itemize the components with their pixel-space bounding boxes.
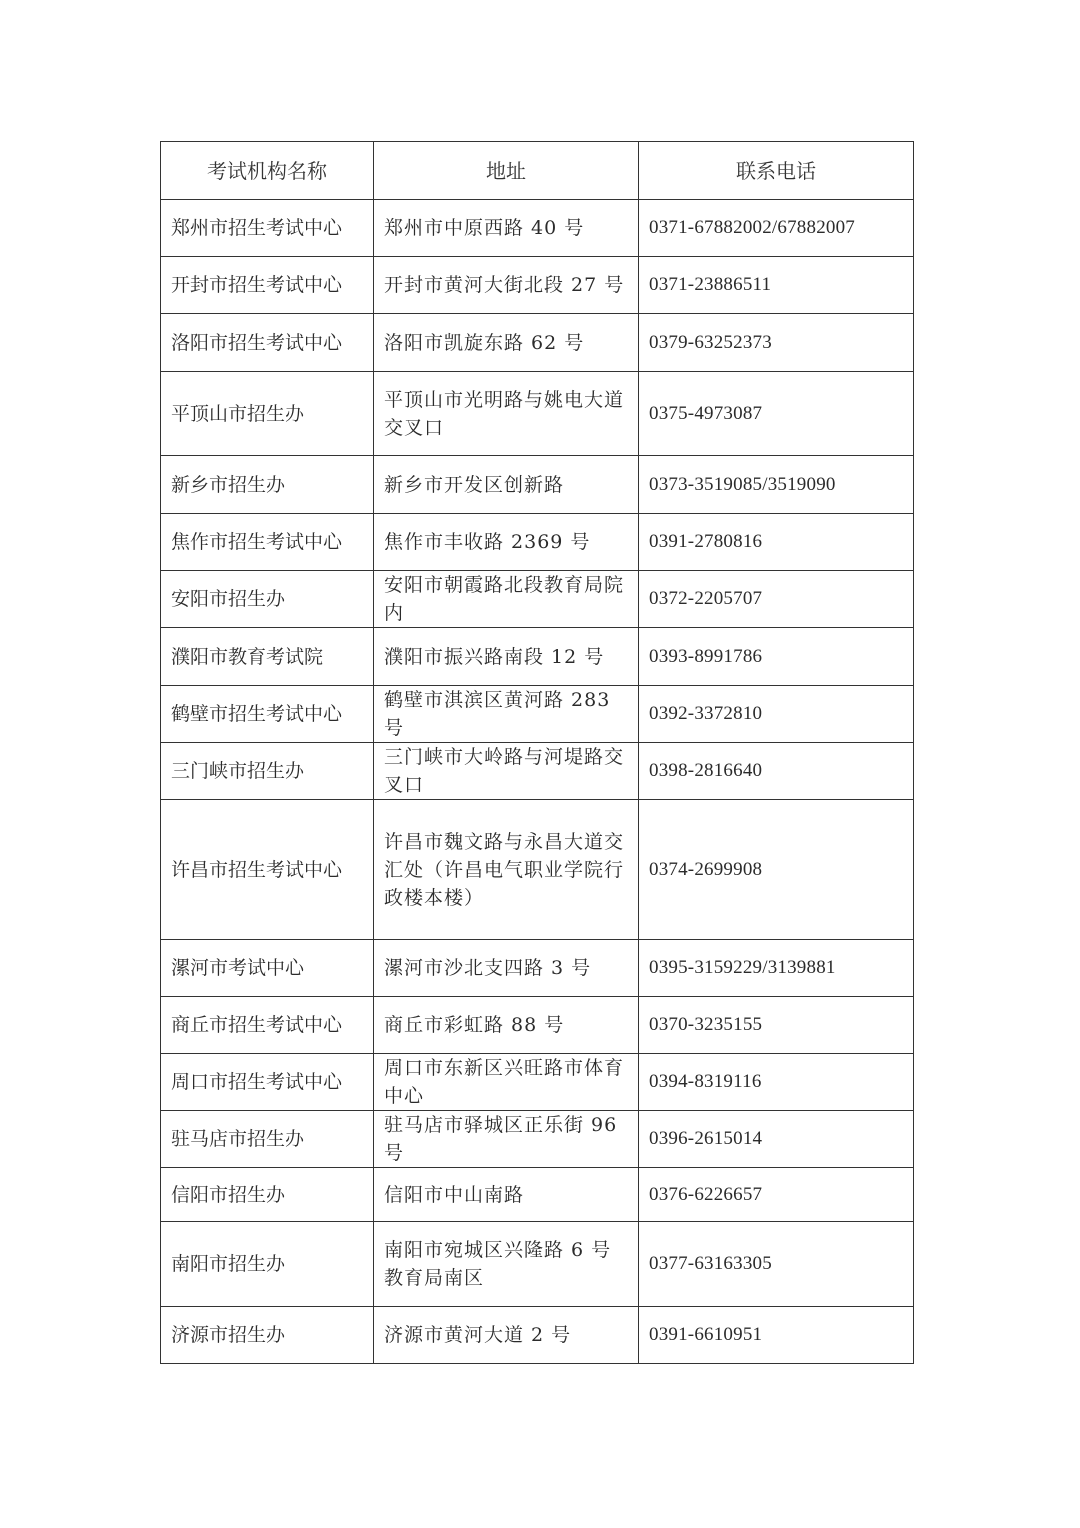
institution-name-cell: 济源市招生办 — [161, 1307, 374, 1364]
address-cell: 南阳市宛城区兴隆路 6 号教育局南区 — [374, 1222, 639, 1307]
phone-cell: 0376-6226657 — [639, 1168, 914, 1222]
phone-cell: 0375-4973087 — [639, 372, 914, 456]
table-row: 新乡市招生办新乡市开发区创新路0373-3519085/3519090 — [161, 456, 914, 514]
institution-name-cell: 郑州市招生考试中心 — [161, 200, 374, 257]
address-cell: 平顶山市光明路与姚电大道交叉口 — [374, 372, 639, 456]
institution-name-cell: 商丘市招生考试中心 — [161, 997, 374, 1054]
phone-cell: 0391-6610951 — [639, 1307, 914, 1364]
institution-name-cell: 洛阳市招生考试中心 — [161, 314, 374, 372]
address-cell: 周口市东新区兴旺路市体育中心 — [374, 1054, 639, 1111]
institution-name-cell: 许昌市招生考试中心 — [161, 800, 374, 940]
table-row: 鹤壁市招生考试中心鹤壁市淇滨区黄河路 283 号0392-3372810 — [161, 686, 914, 743]
table-row: 许昌市招生考试中心许昌市魏文路与永昌大道交汇处（许昌电气职业学院行政楼本楼）03… — [161, 800, 914, 940]
header-address: 地址 — [374, 142, 639, 200]
address-cell: 洛阳市凯旋东路 62 号 — [374, 314, 639, 372]
phone-cell: 0374-2699908 — [639, 800, 914, 940]
exam-office-contact-table: 考试机构名称 地址 联系电话 郑州市招生考试中心郑州市中原西路 40 号0371… — [160, 141, 914, 1364]
phone-cell: 0371-67882002/67882007 — [639, 200, 914, 257]
address-cell: 三门峡市大岭路与河堤路交叉口 — [374, 743, 639, 800]
institution-name-cell: 平顶山市招生办 — [161, 372, 374, 456]
address-cell: 郑州市中原西路 40 号 — [374, 200, 639, 257]
phone-cell: 0391-2780816 — [639, 514, 914, 571]
table-row: 三门峡市招生办三门峡市大岭路与河堤路交叉口0398-2816640 — [161, 743, 914, 800]
phone-cell: 0395-3159229/3139881 — [639, 940, 914, 997]
address-cell: 许昌市魏文路与永昌大道交汇处（许昌电气职业学院行政楼本楼） — [374, 800, 639, 940]
address-cell: 新乡市开发区创新路 — [374, 456, 639, 514]
institution-name-cell: 周口市招生考试中心 — [161, 1054, 374, 1111]
table-row: 郑州市招生考试中心郑州市中原西路 40 号0371-67882002/67882… — [161, 200, 914, 257]
table-row: 信阳市招生办信阳市中山南路0376-6226657 — [161, 1168, 914, 1222]
address-cell: 驻马店市驿城区正乐街 96 号 — [374, 1111, 639, 1168]
phone-cell: 0393-8991786 — [639, 628, 914, 686]
address-cell: 鹤壁市淇滨区黄河路 283 号 — [374, 686, 639, 743]
phone-cell: 0377-63163305 — [639, 1222, 914, 1307]
table-row: 南阳市招生办南阳市宛城区兴隆路 6 号教育局南区0377-63163305 — [161, 1222, 914, 1307]
table-row: 濮阳市教育考试院濮阳市振兴路南段 12 号0393-8991786 — [161, 628, 914, 686]
header-institution-name: 考试机构名称 — [161, 142, 374, 200]
table-body: 郑州市招生考试中心郑州市中原西路 40 号0371-67882002/67882… — [161, 200, 914, 1364]
table-header-row: 考试机构名称 地址 联系电话 — [161, 142, 914, 200]
institution-name-cell: 安阳市招生办 — [161, 571, 374, 628]
phone-cell: 0392-3372810 — [639, 686, 914, 743]
institution-name-cell: 新乡市招生办 — [161, 456, 374, 514]
table-row: 平顶山市招生办平顶山市光明路与姚电大道交叉口0375-4973087 — [161, 372, 914, 456]
institution-name-cell: 驻马店市招生办 — [161, 1111, 374, 1168]
phone-cell: 0379-63252373 — [639, 314, 914, 372]
table-row: 驻马店市招生办驻马店市驿城区正乐街 96 号0396-2615014 — [161, 1111, 914, 1168]
address-cell: 商丘市彩虹路 88 号 — [374, 997, 639, 1054]
table-row: 洛阳市招生考试中心洛阳市凯旋东路 62 号0379-63252373 — [161, 314, 914, 372]
phone-cell: 0372-2205707 — [639, 571, 914, 628]
table-row: 商丘市招生考试中心商丘市彩虹路 88 号0370-3235155 — [161, 997, 914, 1054]
institution-name-cell: 焦作市招生考试中心 — [161, 514, 374, 571]
phone-cell: 0370-3235155 — [639, 997, 914, 1054]
institution-name-cell: 南阳市招生办 — [161, 1222, 374, 1307]
table-row: 周口市招生考试中心周口市东新区兴旺路市体育中心0394-8319116 — [161, 1054, 914, 1111]
phone-cell: 0396-2615014 — [639, 1111, 914, 1168]
phone-cell: 0398-2816640 — [639, 743, 914, 800]
address-cell: 濮阳市振兴路南段 12 号 — [374, 628, 639, 686]
institution-name-cell: 开封市招生考试中心 — [161, 257, 374, 314]
address-cell: 济源市黄河大道 2 号 — [374, 1307, 639, 1364]
address-cell: 焦作市丰收路 2369 号 — [374, 514, 639, 571]
table-row: 焦作市招生考试中心焦作市丰收路 2369 号0391-2780816 — [161, 514, 914, 571]
header-phone: 联系电话 — [639, 142, 914, 200]
address-cell: 漯河市沙北支四路 3 号 — [374, 940, 639, 997]
institution-name-cell: 三门峡市招生办 — [161, 743, 374, 800]
institution-name-cell: 漯河市考试中心 — [161, 940, 374, 997]
phone-cell: 0394-8319116 — [639, 1054, 914, 1111]
table-row: 安阳市招生办安阳市朝霞路北段教育局院内0372-2205707 — [161, 571, 914, 628]
address-cell: 信阳市中山南路 — [374, 1168, 639, 1222]
institution-name-cell: 濮阳市教育考试院 — [161, 628, 374, 686]
address-cell: 安阳市朝霞路北段教育局院内 — [374, 571, 639, 628]
address-cell: 开封市黄河大街北段 27 号 — [374, 257, 639, 314]
institution-name-cell: 鹤壁市招生考试中心 — [161, 686, 374, 743]
document-page: 考试机构名称 地址 联系电话 郑州市招生考试中心郑州市中原西路 40 号0371… — [0, 0, 1080, 1528]
table-row: 漯河市考试中心漯河市沙北支四路 3 号0395-3159229/3139881 — [161, 940, 914, 997]
phone-cell: 0373-3519085/3519090 — [639, 456, 914, 514]
table-row: 开封市招生考试中心开封市黄河大街北段 27 号0371-23886511 — [161, 257, 914, 314]
phone-cell: 0371-23886511 — [639, 257, 914, 314]
institution-name-cell: 信阳市招生办 — [161, 1168, 374, 1222]
table-row: 济源市招生办济源市黄河大道 2 号0391-6610951 — [161, 1307, 914, 1364]
